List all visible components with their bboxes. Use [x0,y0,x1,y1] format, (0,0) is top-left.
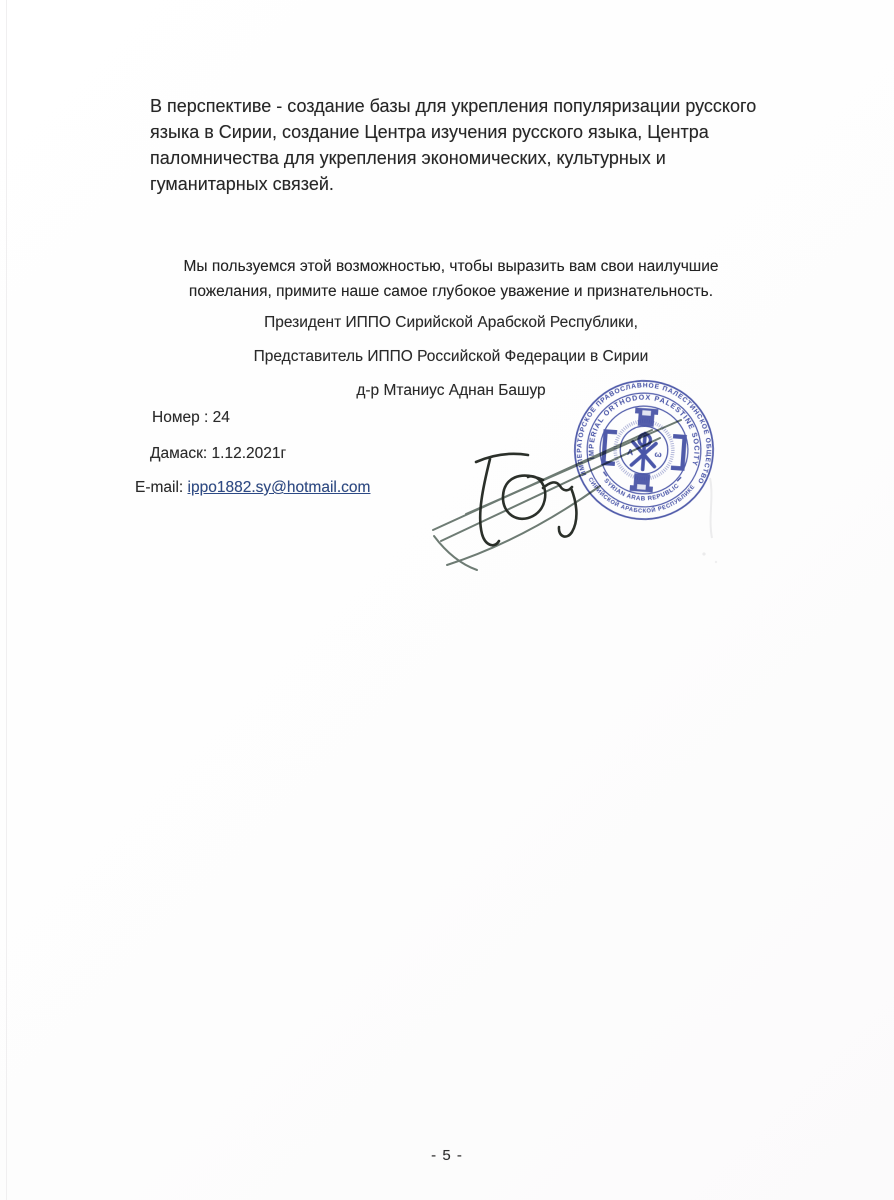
signatory-title-line1: Президент ИППО Сирийской Арабской Респуб… [145,313,757,333]
email-line: E-mail: ippo1882.sy@hotmail.com [135,479,380,497]
email-link[interactable]: ippo1882.sy@hotmail.com [188,479,381,496]
page-number: - 5 - [0,1147,894,1164]
scanned-letter-page: В перспективе - создание базы для укрепл… [0,0,894,1200]
scan-edge-artifact [6,0,7,1200]
scan-smudge-artifact [694,472,728,568]
signatory-title-line2: Представитель ИППО Российской Федерации … [145,347,757,367]
email-label: E-mail: [135,479,183,496]
body-paragraph-closing: Мы пользуемся этой возможностью, чтобы в… [145,254,757,304]
letter-place-date: Дамаск: 1.12.2021г [150,445,286,463]
letter-number: Номер : 24 [152,409,230,427]
body-paragraph-perspective: В перспективе - создание базы для укрепл… [150,93,775,197]
